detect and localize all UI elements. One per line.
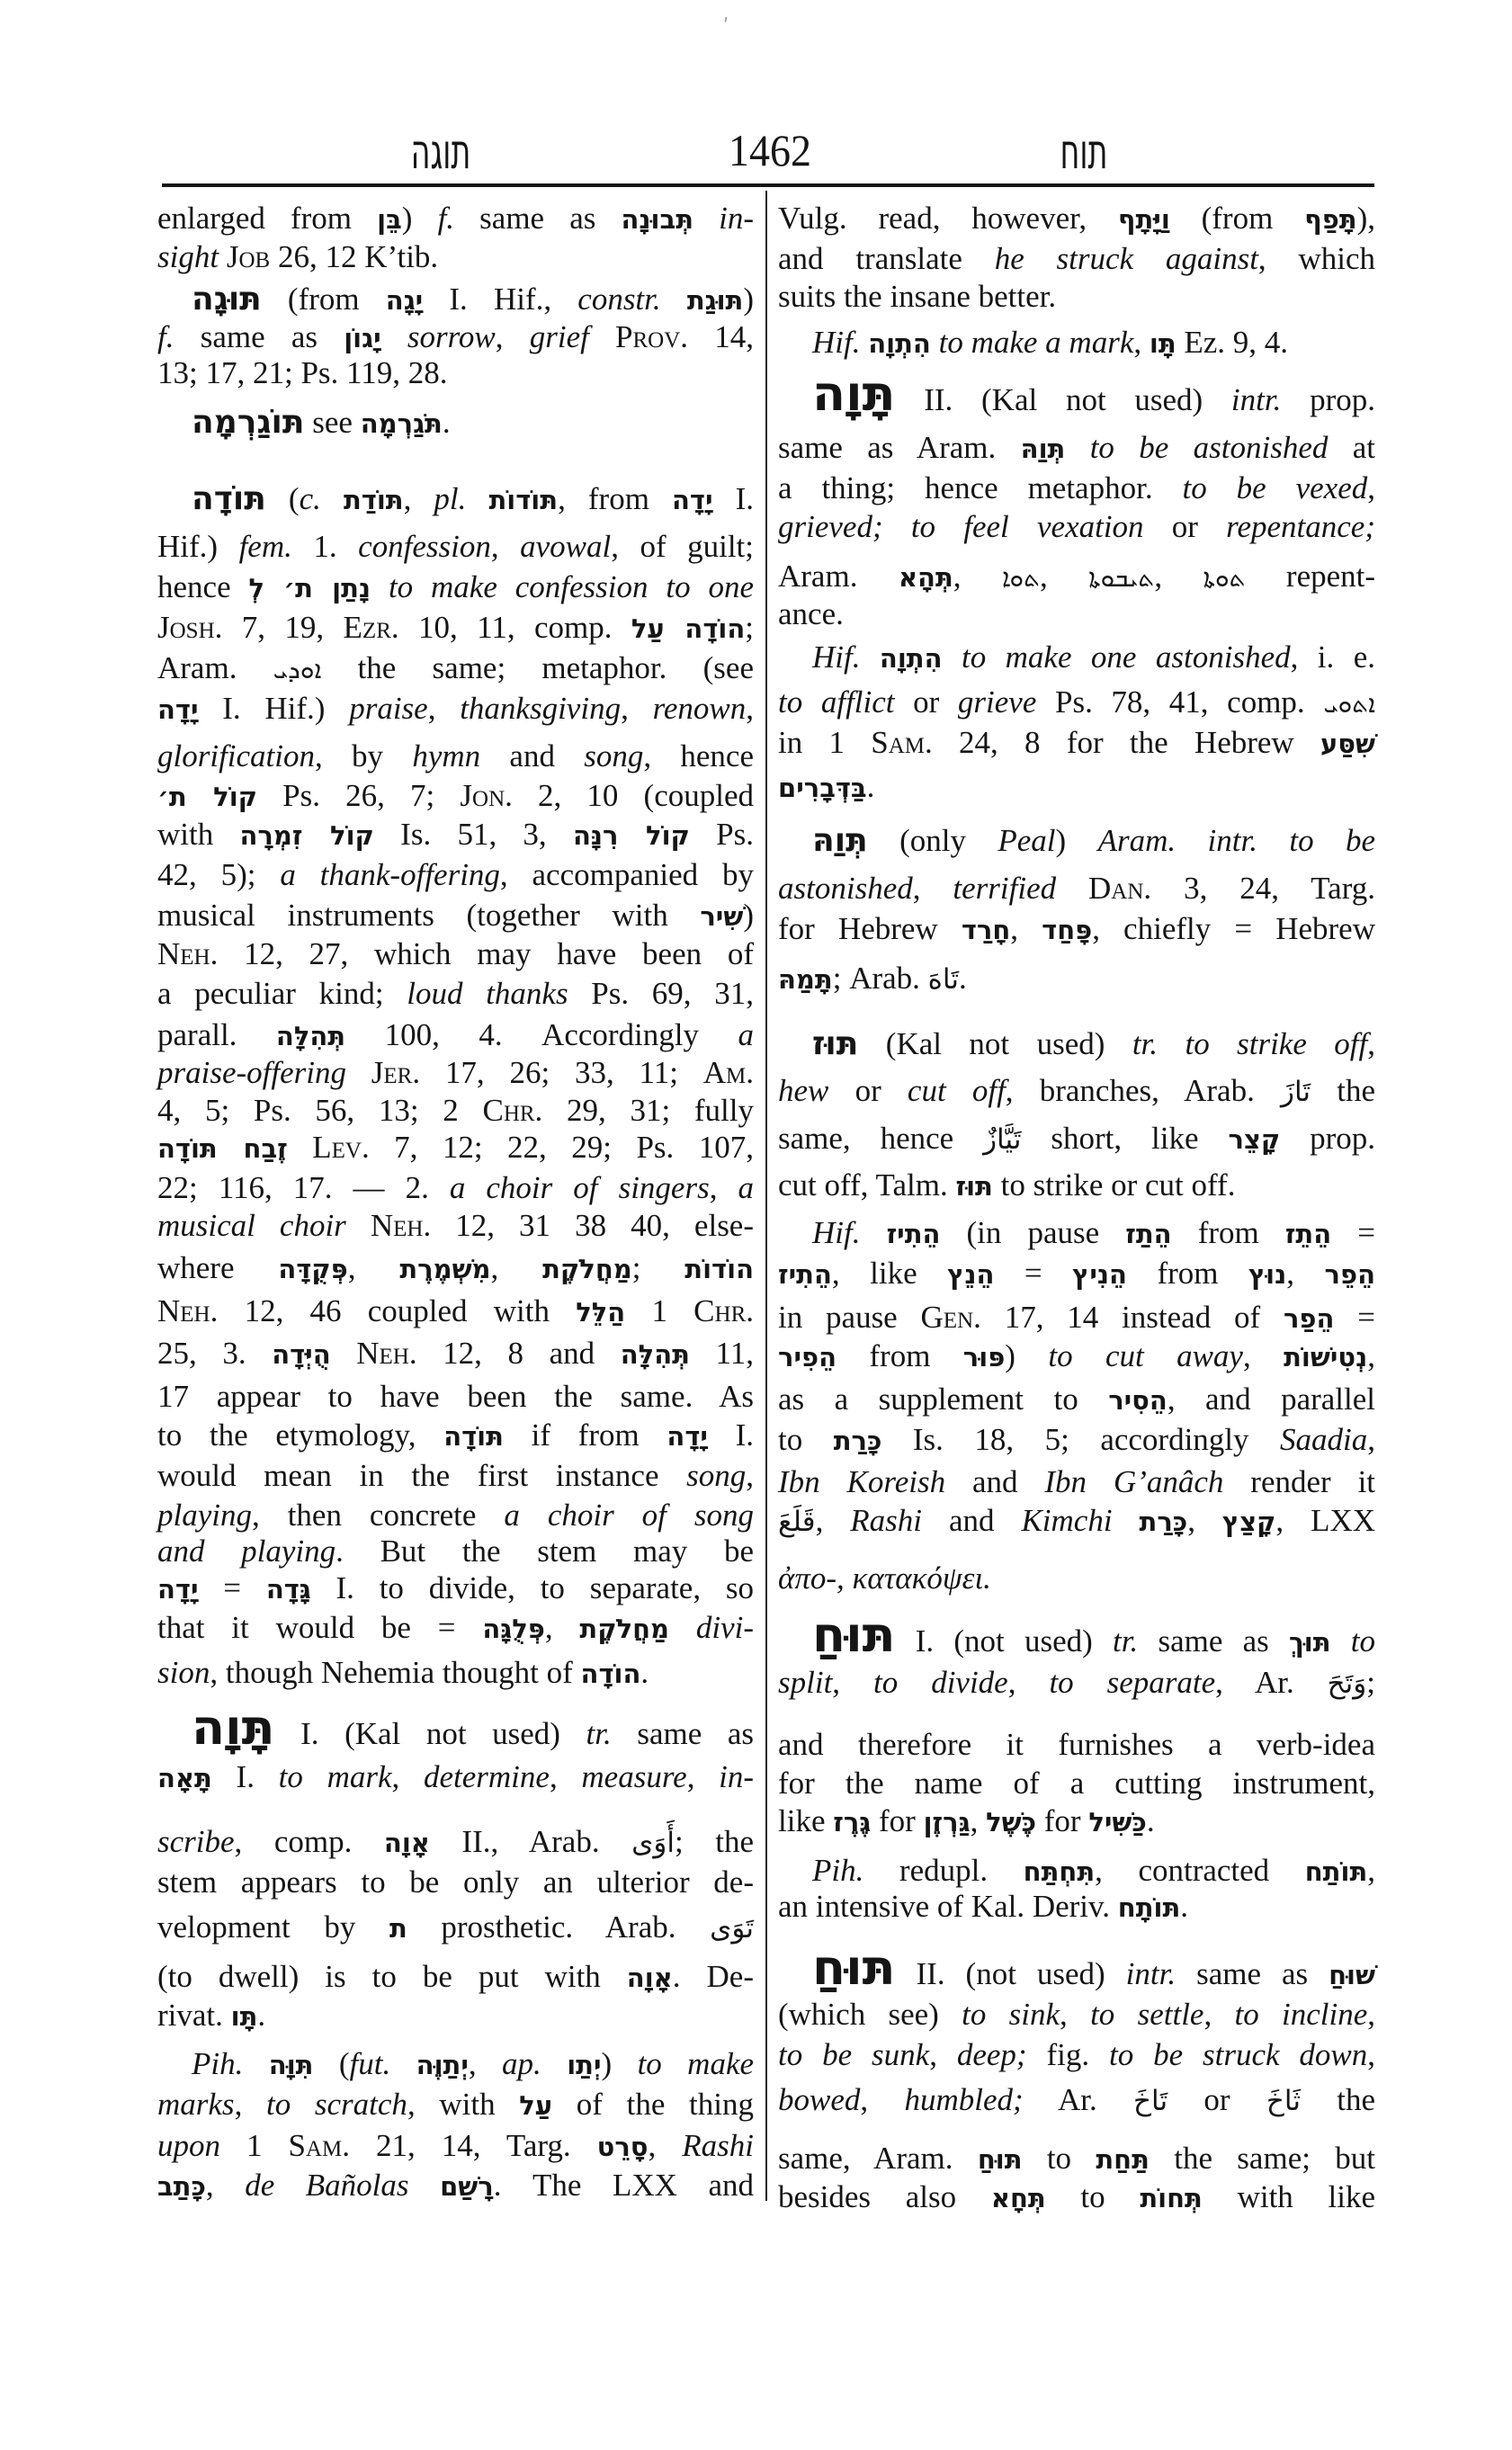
text-run: , though Nehemia thought of bbox=[210, 1655, 580, 1690]
text-run: prop. bbox=[1281, 382, 1375, 417]
text-run bbox=[1065, 430, 1089, 465]
dictionary-line: playing, then concrete a choir of song bbox=[157, 1496, 754, 1535]
italic-text: a thank-offering bbox=[280, 857, 500, 892]
arabic-word: وَتَحَ bbox=[1328, 1668, 1367, 1700]
hebrew-word: יָדָה bbox=[672, 485, 713, 515]
left-column: enlarged from בֵּן) f. same as תְּבוּנָה… bbox=[157, 0, 754, 2450]
text-run bbox=[321, 481, 344, 516]
dictionary-line: 17 appear to have been the same. As bbox=[157, 1377, 754, 1417]
text-run: (only bbox=[868, 823, 998, 858]
italic-text: to be struck down bbox=[1109, 2037, 1367, 2072]
text-run: ; bbox=[745, 610, 754, 645]
dictionary-line: cut off, Talm. תּוּז to strike or cut of… bbox=[778, 1166, 1375, 1205]
text-run: , bbox=[1187, 1503, 1222, 1538]
text-run: , bbox=[1367, 1422, 1375, 1457]
headword-large: תָּוָה bbox=[812, 365, 896, 422]
italic-text: to sink bbox=[962, 1997, 1060, 2032]
text-run: = bbox=[994, 1256, 1072, 1291]
text-run: , bbox=[491, 529, 520, 564]
hebrew-word: פְּקֻדָּה bbox=[278, 1254, 347, 1284]
dictionary-line: hence נָתַן ת׳ לְ to make confession to … bbox=[157, 568, 754, 607]
text-run: besides also bbox=[778, 2179, 991, 2214]
dictionary-line: קוֹל ת׳ Ps. 26, 7; Jon. 2, 10 (coupled bbox=[157, 776, 754, 816]
headword-large: תּוּחַ bbox=[812, 1939, 896, 1996]
text-run bbox=[1158, 1026, 1185, 1061]
text-run: , bbox=[746, 691, 754, 726]
text-run: , bbox=[392, 1759, 424, 1794]
hebrew-word: תָּו bbox=[1150, 328, 1176, 359]
text-run: , bbox=[649, 2128, 683, 2163]
text-run: ) bbox=[1005, 1338, 1048, 1373]
text-run: 3, 24, Targ. bbox=[1151, 871, 1375, 906]
book-reference: Neh. bbox=[157, 936, 218, 971]
text-run: the same; metaphor. (see bbox=[321, 650, 754, 685]
dictionary-line: תּוּז (Kal not used) tr. to strike off, bbox=[778, 1024, 1375, 1064]
text-run: , bbox=[469, 2046, 502, 2081]
hebrew-word: תְּחָא bbox=[991, 2183, 1046, 2213]
text-run: ( bbox=[266, 481, 300, 516]
dictionary-line: scribe, comp. אָוָה II., Arab. أَوَى; th… bbox=[157, 1822, 754, 1862]
book-reference: Jon. bbox=[460, 778, 512, 813]
text-run: II. (not used) bbox=[896, 1956, 1126, 1991]
dictionary-line: הֵתִיז, like הֵנֵץ = הֵנִיץ from נוּץ, ה… bbox=[778, 1254, 1375, 1293]
italic-text: sion bbox=[157, 1655, 210, 1690]
hebrew-word: יָגָה bbox=[386, 285, 423, 316]
italic-text: Hif. bbox=[812, 639, 860, 675]
italic-text: determine bbox=[424, 1759, 550, 1794]
italic-text: song bbox=[584, 738, 643, 773]
text-run: Is. 51, 3, bbox=[374, 817, 573, 852]
arabic-word: تَاهَ bbox=[928, 963, 959, 996]
text-run: Ar. bbox=[1024, 2082, 1133, 2117]
italic-text: Hif. bbox=[812, 325, 860, 360]
text-run: I. to divide, to separate, so bbox=[311, 1570, 754, 1605]
text-run: (from bbox=[262, 282, 386, 317]
text-run bbox=[243, 2046, 268, 2081]
text-run: velopment by bbox=[157, 1909, 389, 1945]
text-run: . bbox=[959, 961, 967, 996]
text-run: I. (not used) bbox=[896, 1623, 1114, 1659]
dictionary-line: תָּוָה II. (Kal not used) intr. prop. bbox=[778, 374, 1375, 414]
italic-text: fem. bbox=[239, 529, 292, 564]
text-run: or bbox=[895, 684, 958, 720]
italic-text: to separate bbox=[1049, 1665, 1215, 1700]
book-reference: Dan. bbox=[1088, 871, 1151, 906]
text-run: to bbox=[1023, 2141, 1096, 2176]
text-run: , bbox=[1286, 1256, 1324, 1291]
dictionary-line: velopment by ת prosthetic. Arab. تَوَى bbox=[157, 1908, 754, 1947]
hebrew-word: גֶּרֶז bbox=[833, 1807, 871, 1837]
italic-text: he struck against bbox=[995, 241, 1258, 276]
text-run: suits the insane better. bbox=[778, 279, 1056, 314]
hebrew-word: הֵנִיץ bbox=[1072, 1259, 1127, 1290]
text-run bbox=[1056, 871, 1088, 906]
dictionary-line: Hif. הִתְוָה to make one astonished, i. … bbox=[778, 638, 1375, 677]
text-run: ; bbox=[1366, 1665, 1375, 1700]
text-run: 17, 14 instead of bbox=[981, 1300, 1284, 1335]
italic-text: deep; bbox=[957, 2037, 1027, 2072]
dictionary-line: Neh. 12, 27, which may have been of bbox=[157, 934, 754, 974]
hebrew-word: תָּאָה bbox=[157, 1763, 212, 1793]
hebrew-word: יָדָה bbox=[157, 694, 199, 725]
italic-text: playing bbox=[157, 1498, 252, 1533]
headword: תּוֹגַרְמָה bbox=[192, 404, 305, 441]
text-run: to bbox=[1046, 2179, 1141, 2214]
italic-text: intr. bbox=[1126, 1956, 1176, 1991]
italic-text: to mark bbox=[279, 1759, 392, 1794]
dictionary-line: same, Aram. תּוּחַ to תַּחַת the same; b… bbox=[778, 2139, 1375, 2178]
hebrew-word: הוֹדָה bbox=[581, 1659, 641, 1689]
text-run: (to dwell) is to be put with bbox=[157, 1959, 627, 1994]
hebrew-word: הֵתִיז bbox=[887, 1219, 941, 1249]
hebrew-word: כָּתַב bbox=[157, 2171, 206, 2202]
text-run: stem appears to be only an ulterior de- bbox=[157, 1864, 754, 1900]
text-run: , like bbox=[832, 1256, 947, 1291]
italic-text: to scratch bbox=[266, 2087, 407, 2122]
text-run: , bbox=[710, 1170, 738, 1205]
dictionary-line: hew or cut off, branches, Arab. تَازَ th… bbox=[778, 1071, 1375, 1111]
text-run: , bbox=[1367, 1853, 1375, 1888]
text-run: , bbox=[1060, 1997, 1090, 2032]
italic-text: to bbox=[1351, 1623, 1375, 1659]
dictionary-line: Vulg. read, however, וַיָּתָף (from תָּפ… bbox=[778, 199, 1375, 238]
hebrew-word: פָּחַד bbox=[1042, 915, 1092, 945]
text-run: , bbox=[913, 871, 953, 906]
text-run: and bbox=[922, 1503, 1021, 1538]
text-run: , from bbox=[558, 481, 672, 516]
text-run: , comp. bbox=[235, 1824, 384, 1859]
italic-text: thanksgiving bbox=[460, 691, 621, 726]
italic-text: Rashi bbox=[850, 1503, 922, 1538]
right-column: Vulg. read, however, וַיָּתָף (from תָּפ… bbox=[778, 0, 1375, 2450]
text-run: for bbox=[1036, 1803, 1088, 1838]
text-run: redupl. bbox=[863, 1853, 1023, 1888]
hebrew-word: תְּבוּנָה bbox=[621, 204, 693, 235]
hebrew-word: תּוּגַת bbox=[687, 285, 744, 316]
text-run: , branches, Arab. bbox=[1006, 1073, 1281, 1108]
syriac-word: ܬܝܒܘܬܐ bbox=[1088, 563, 1154, 593]
italic-text: split bbox=[778, 1665, 832, 1700]
hebrew-word: הֵתֵז bbox=[1285, 1219, 1331, 1249]
dictionary-line: a peculiar kind; loud thanks Ps. 69, 31, bbox=[157, 974, 754, 1014]
italic-text: hew bbox=[778, 1073, 828, 1108]
italic-text: Ibn Koreish bbox=[778, 1464, 945, 1499]
text-run: , bbox=[860, 2082, 904, 2117]
text-run bbox=[1331, 1623, 1351, 1659]
hebrew-word: סָרֵט bbox=[597, 2132, 649, 2162]
dictionary-line: יָדָה = גָּדָה I. to divide, to separate… bbox=[157, 1569, 754, 1608]
dictionary-line: where פְּקֻדָּה, מִשְׁמֶרֶת, מַחֲלֹקֶת; … bbox=[157, 1248, 754, 1288]
dictionary-line: Pih. redupl. תִּחְתַּח, contracted תּוֹת… bbox=[778, 1851, 1375, 1891]
dictionary-line: bowed, humbled; Ar. تَاخَ or ثَاخَ the bbox=[778, 2080, 1375, 2120]
italic-text: to make a mark bbox=[939, 325, 1134, 360]
dictionary-line: 25, 3. הֻיְּדָה Neh. 12, 8 and תְּהִלָּה… bbox=[157, 1334, 754, 1373]
italic-text: to be vexed bbox=[1183, 470, 1368, 505]
dictionary-line: would mean in the first instance song, bbox=[157, 1456, 754, 1496]
text-run: like bbox=[778, 1803, 833, 1838]
hebrew-word: יְתַוֶּה bbox=[416, 2050, 469, 2080]
dictionary-line: for Hebrew חָרַד, פָּחַד, chiefly = Hebr… bbox=[778, 909, 1375, 949]
italic-text: upon bbox=[157, 2128, 220, 2163]
hebrew-word: יָגוֹן bbox=[344, 323, 380, 353]
italic-text: Hif. bbox=[812, 1215, 860, 1250]
text-run: 14, bbox=[688, 319, 754, 354]
book-reference: Gen. bbox=[921, 1300, 981, 1335]
text-run: , bbox=[1008, 1665, 1050, 1700]
italic-text: in- bbox=[719, 201, 754, 236]
hebrew-word: נְטִישׁוֹת bbox=[1284, 1342, 1367, 1373]
dictionary-line: תּוֹדָה (c. תּוֹדַת, pl. תּוֹדוֹת, from … bbox=[157, 479, 754, 519]
text-run: , chiefly = Hebrew bbox=[1092, 911, 1375, 946]
hebrew-word: הִתְוָה bbox=[868, 328, 931, 359]
dictionary-line: 13; 17, 21; Ps. 119, 28. bbox=[157, 353, 754, 393]
hebrew-word: שׁוּחַ bbox=[1329, 1960, 1375, 1990]
text-run: as a supplement to bbox=[778, 1381, 1108, 1417]
dictionary-line: Aram. ܐܘܕܝ the same; metaphor. (see bbox=[157, 648, 754, 688]
text-run: . The LXX and bbox=[494, 2168, 754, 2203]
dictionary-line: ἀπο-, κατακόψει. bbox=[778, 1559, 1375, 1598]
dictionary-line: תּוּחַ I. (not used) tr. same as תּוּךְ … bbox=[778, 1615, 1375, 1655]
hebrew-word: הִתְוָה bbox=[880, 643, 943, 674]
italic-text: Kimchi bbox=[1021, 1503, 1112, 1538]
dictionary-line: תָּאָה I. to mark, determine, measure, i… bbox=[157, 1757, 754, 1797]
dictionary-line: to be sunk, deep; fig. to be struck down… bbox=[778, 2035, 1375, 2075]
hebrew-word: נָתַן ת׳ לְ bbox=[248, 573, 371, 604]
hebrew-word: תֹּגַרְמָה bbox=[361, 408, 443, 439]
text-run: , bbox=[1367, 1338, 1375, 1373]
hebrew-word: תּוּחַ bbox=[978, 2144, 1023, 2175]
book-reference: Prov. bbox=[615, 319, 688, 354]
hebrew-word: בַּדְּבָרִים bbox=[778, 773, 867, 803]
text-run: , bbox=[235, 2087, 266, 2122]
text-run: , bbox=[206, 2168, 245, 2203]
text-run: and therefore it furnishes a verb-idea bbox=[778, 1727, 1375, 1762]
hebrew-word: תְּהִלָּה bbox=[621, 1339, 690, 1370]
dictionary-line: suits the insane better. bbox=[778, 277, 1375, 317]
text-run: or bbox=[1144, 509, 1227, 544]
text-run: ; bbox=[632, 1250, 685, 1285]
dictionary-line: same, hence تَيَّازٌ short, like קָצֵר p… bbox=[778, 1119, 1375, 1158]
hebrew-word: הֵפַר bbox=[1284, 1303, 1334, 1334]
book-reference: Chr. bbox=[693, 1293, 754, 1328]
italic-text: ap. bbox=[502, 2046, 541, 2081]
italic-text: divi- bbox=[696, 1610, 754, 1645]
hebrew-word: שִׁסַּע bbox=[1320, 729, 1375, 759]
text-run: 2, 10 (coupled bbox=[513, 778, 754, 813]
text-run: prop. bbox=[1280, 1121, 1375, 1156]
italic-text: praise-offering bbox=[157, 1055, 346, 1090]
text-run: , bbox=[953, 559, 1002, 594]
text-run: , bbox=[816, 1503, 851, 1538]
dictionary-line: to afflict or grieve Ps. 78, 41, comp. ܐ… bbox=[778, 683, 1375, 722]
book-reference: Neh. bbox=[356, 1336, 416, 1371]
text-run: , bbox=[1243, 1338, 1284, 1373]
italic-text: Ibn G’anâch bbox=[1044, 1464, 1223, 1499]
dictionary-line: astonished, terrified Dan. 3, 24, Targ. bbox=[778, 869, 1375, 908]
dictionary-line: כָּתַב, de Bañolas רָשַׁם. The LXX and bbox=[157, 2166, 754, 2205]
dictionary-line: Josh. 7, 19, Ezr. 10, 11, comp. הוֹדָה ע… bbox=[157, 608, 754, 648]
italic-text: repentance; bbox=[1226, 509, 1375, 544]
dictionary-line: musical instruments (together with שִׁיר… bbox=[157, 896, 754, 935]
italic-text: and playing bbox=[157, 1533, 336, 1569]
dictionary-line: זֶבַח תּוֹדָה Lev. 7, 12; 22, 29; Ps. 10… bbox=[157, 1128, 754, 1167]
hebrew-word: תָּפַף bbox=[1304, 204, 1356, 235]
hebrew-word: וַיָּתָף bbox=[1118, 204, 1170, 235]
text-run: Ps. 69, 31, bbox=[568, 976, 754, 1011]
text-run: musical instruments (together with bbox=[157, 898, 700, 933]
dictionary-line: and playing. But the stem may be bbox=[157, 1532, 754, 1571]
italic-text: glorification bbox=[157, 738, 315, 773]
hebrew-word: תִּחְתַּח bbox=[1024, 1856, 1095, 1887]
text-run: or bbox=[1168, 2082, 1266, 2117]
headword: תְּוַהּ bbox=[812, 822, 868, 859]
headword-large: תָּוָה bbox=[192, 1699, 275, 1756]
arabic-word: تَازَ bbox=[1281, 1076, 1311, 1108]
text-run: that it would be = bbox=[157, 1610, 482, 1645]
text-run bbox=[390, 2046, 416, 2081]
hebrew-word: נוּץ bbox=[1248, 1259, 1286, 1290]
italic-text: song bbox=[686, 1458, 746, 1493]
dictionary-line: upon 1 Sam. 21, 14, Targ. סָרֵט, Rashi bbox=[157, 2126, 754, 2166]
text-run: and bbox=[945, 1464, 1044, 1499]
text-run: same as bbox=[612, 1716, 754, 1751]
hebrew-word: תְּחוֹת bbox=[1140, 2183, 1203, 2213]
hebrew-word: תּוֹדוֹת bbox=[488, 485, 558, 515]
text-run: ) bbox=[1056, 823, 1098, 858]
dictionary-line: a thing; hence metaphor. to be vexed, bbox=[778, 469, 1375, 508]
hebrew-word: זֶבַח תּוֹדָה bbox=[157, 1133, 288, 1164]
text-run: , bbox=[929, 2037, 957, 2072]
dictionary-line: sion, though Nehemia thought of הוֹדָה. bbox=[157, 1653, 754, 1693]
text-run: hence bbox=[157, 569, 248, 604]
italic-text: tr. bbox=[1132, 1026, 1158, 1061]
hebrew-word: קוֹל זִמְרָה bbox=[239, 820, 373, 851]
hebrew-word: הֵסִיר bbox=[1108, 1385, 1168, 1416]
text-run: 7, 19, bbox=[222, 610, 343, 645]
italic-text: a bbox=[738, 1017, 754, 1052]
text-run: ) bbox=[402, 201, 438, 236]
italic-text: humbled; bbox=[904, 2082, 1023, 2117]
hebrew-word: אָוָה bbox=[384, 1828, 430, 1858]
hebrew-word: תּוֹתַח bbox=[1305, 1856, 1368, 1887]
text-run: 24, 8 for the Hebrew bbox=[933, 725, 1320, 760]
dictionary-line: to the etymology, תּוֹדָה if from יָדָה … bbox=[157, 1416, 754, 1455]
text-run bbox=[693, 201, 719, 236]
book-reference: Sam. bbox=[289, 2128, 351, 2163]
dictionary-line: Hif.) fem. 1. confession, avowal, of gui… bbox=[157, 527, 754, 567]
dictionary-line: glorification, by hymn and song, hence bbox=[157, 737, 754, 776]
text-run: repent- bbox=[1245, 559, 1375, 594]
text-run: (from bbox=[1170, 201, 1304, 236]
text-run: a thing; hence metaphor. bbox=[778, 470, 1183, 505]
text-run: 21, 14, Targ. bbox=[350, 2128, 597, 2163]
text-run bbox=[409, 2168, 441, 2203]
italic-text: to strike off bbox=[1185, 1026, 1367, 1061]
dictionary-line: יָדָה I. Hif.) praise, thanksgiving, ren… bbox=[157, 689, 754, 729]
text-run bbox=[943, 639, 962, 675]
text-run: , and parallel bbox=[1168, 1381, 1375, 1417]
italic-text: to be astonished bbox=[1090, 430, 1329, 465]
text-run: for the name of a cutting instrument, bbox=[778, 1766, 1375, 1801]
arabic-word: تَوَى bbox=[710, 1912, 754, 1945]
dictionary-line: parall. תְּהִלָּה 100, 4. Accordingly a bbox=[157, 1015, 754, 1055]
text-run: , bbox=[545, 1610, 580, 1645]
dictionary-line: as a supplement to הֵסִיר, and parallel bbox=[778, 1380, 1375, 1419]
hebrew-word: הַלֵּל bbox=[576, 1297, 625, 1328]
book-reference: Neh. bbox=[157, 1293, 218, 1328]
italic-text: to afflict bbox=[778, 684, 895, 720]
text-run: , contracted bbox=[1095, 1853, 1305, 1888]
text-run: ; the bbox=[675, 1824, 754, 1859]
text-run: the same; but bbox=[1150, 2141, 1375, 2176]
dictionary-line: and translate he struck against, which bbox=[778, 239, 1375, 279]
text-run: I. (Kal not used) bbox=[275, 1716, 586, 1751]
hebrew-word: מַחֲלֹקֶת bbox=[579, 1614, 669, 1644]
text-run: , bbox=[496, 319, 530, 354]
text-run: , LXX bbox=[1275, 1503, 1375, 1538]
text-run: . bbox=[1180, 1889, 1188, 1924]
italic-text: a choir of song bbox=[504, 1498, 754, 1533]
text-run bbox=[371, 569, 389, 604]
dictionary-line: תּוּגָה (from יָגָה I. Hif., constr. תּו… bbox=[157, 280, 754, 319]
text-run: , bbox=[404, 481, 434, 516]
text-run: , bbox=[687, 1759, 719, 1794]
arabic-word: ثَاخَ bbox=[1266, 2085, 1301, 2117]
text-run bbox=[661, 282, 687, 317]
text-run: , accompanied by bbox=[500, 857, 754, 892]
text-run: , bbox=[1010, 911, 1042, 946]
headword-large: תּוּחַ bbox=[812, 1606, 896, 1663]
headword: תּוּז bbox=[812, 1025, 858, 1062]
italic-text: grieve bbox=[958, 684, 1036, 720]
text-run: , i. e. bbox=[1291, 639, 1375, 675]
italic-text: grieved; to feel vexation bbox=[778, 509, 1144, 544]
text-run: where bbox=[157, 1250, 278, 1285]
greek-text: ἀπο-, κατακόψει. bbox=[778, 1560, 991, 1596]
lexicon-page: ʹ תוגה 1462 תוח enlarged from בֵּן) f. s… bbox=[0, 0, 1512, 2450]
book-reference: Jer. bbox=[371, 1055, 420, 1090]
dictionary-line: to כָּרַת Is. 18, 5; accordingly Saadia, bbox=[778, 1420, 1375, 1460]
dictionary-line: sight Job 26, 12 K’tib. bbox=[157, 237, 754, 277]
text-run: Ps. bbox=[690, 817, 754, 852]
dictionary-line: like גֶּרֶז for גַּרְזֶן, כֶּשֶׁל for כַ… bbox=[778, 1802, 1375, 1841]
dictionary-line: stem appears to be only an ulterior de- bbox=[157, 1863, 754, 1902]
dictionary-line: (to dwell) is to be put with אָוָה. De- bbox=[157, 1957, 754, 1997]
hebrew-word: קוֹל ת׳ bbox=[157, 782, 257, 812]
text-run: , bbox=[746, 1458, 754, 1493]
text-run: would mean in the first instance bbox=[157, 1458, 686, 1493]
hebrew-word: חָרַד bbox=[962, 915, 1010, 945]
text-run: same as bbox=[174, 319, 344, 354]
hebrew-word: גַּרְזֶן bbox=[924, 1807, 971, 1837]
dictionary-line: enlarged from בֵּן) f. same as תְּבוּנָה… bbox=[157, 199, 754, 238]
text-run bbox=[860, 325, 868, 360]
hebrew-word: תּוֹתָח bbox=[1118, 1892, 1181, 1923]
dictionary-line: musical choir Neh. 12, 31 38 40, else- bbox=[157, 1206, 754, 1246]
text-run: . bbox=[1147, 1803, 1155, 1838]
italic-text: avowal bbox=[520, 529, 611, 564]
dictionary-line: besides also תְּחָא to תְּחוֹת with like bbox=[778, 2177, 1375, 2217]
text-run: same, hence bbox=[778, 1121, 983, 1156]
text-run: or bbox=[828, 1073, 908, 1108]
hebrew-word: הֵפִיר bbox=[778, 1342, 837, 1373]
italic-text: musical choir bbox=[157, 1208, 346, 1243]
dictionary-line: for the name of a cutting instrument, bbox=[778, 1764, 1375, 1803]
text-run: render it bbox=[1223, 1464, 1375, 1499]
text-run: 1. bbox=[292, 529, 358, 564]
book-reference: Chr. bbox=[482, 1093, 542, 1128]
column-divider bbox=[765, 191, 767, 2201]
